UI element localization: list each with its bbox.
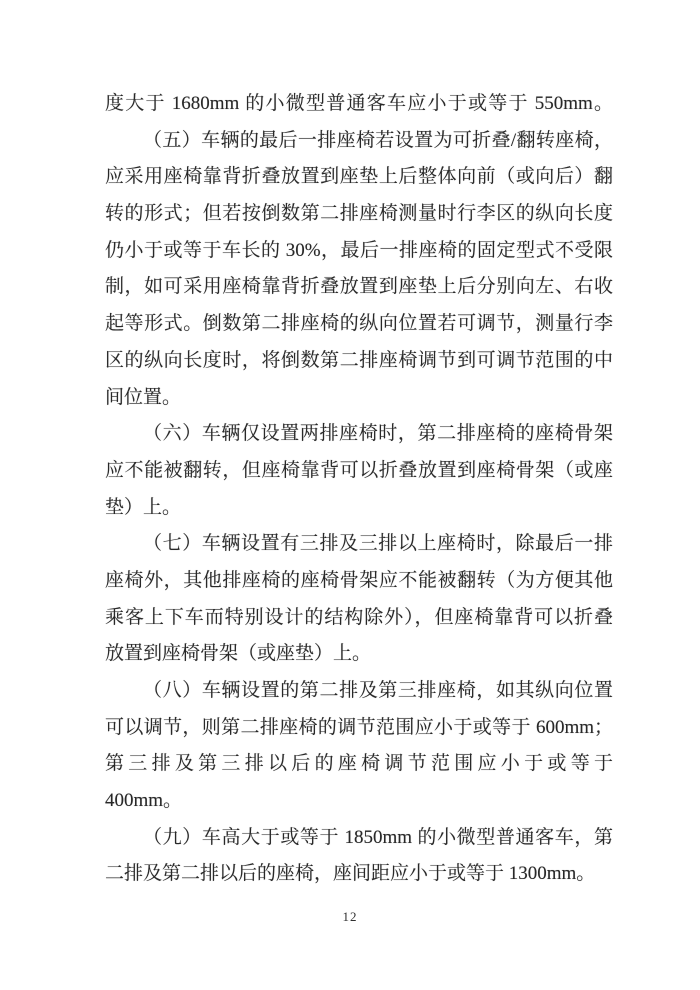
text-line: 乘客上下车而特别设计的结构除外），但座椅靠背可以折叠 [105,600,613,637]
text-line: 应不能被翻转，但座椅靠背可以折叠放置到座椅骨架（或座 [105,453,613,490]
text-line-section-8-start: （八）车辆设置的第二排及第三排座椅，如其纵向位置 [105,673,613,710]
document-body-text: 度大于 1680mm 的小微型普通客车应小于或等于 550mm。 （五）车辆的最… [105,86,613,893]
page-number: 12 [0,909,700,925]
text-line: 二排及第二排以后的座椅，座间距应小于或等于 1300mm。 [105,856,613,893]
text-line-section-5-start: （五）车辆的最后一排座椅若设置为可折叠/翻转座椅， [105,123,613,160]
text-line: 400mm。 [105,783,613,820]
text-line: 放置到座椅骨架（或座垫）上。 [105,636,613,673]
text-line: 座椅外，其他排座椅的座椅骨架应不能被翻转（为方便其他 [105,563,613,600]
text-line-section-6-start: （六）车辆仅设置两排座椅时，第二排座椅的座椅骨架 [105,416,613,453]
text-line: 转的形式；但若按倒数第二排座椅测量时行李区的纵向长度 [105,196,613,233]
text-line: 可以调节，则第二排座椅的调节范围应小于或等于 600mm； [105,710,613,747]
text-line: 应采用座椅靠背折叠放置到座垫上后整体向前（或向后）翻 [105,159,613,196]
text-line-section-7-start: （七）车辆设置有三排及三排以上座椅时，除最后一排 [105,526,613,563]
text-line: 制，如可采用座椅靠背折叠放置到座垫上后分别向左、右收 [105,269,613,306]
text-line-section-9-start: （九）车高大于或等于 1850mm 的小微型普通客车，第 [105,820,613,857]
text-line: 第三排及第三排以后的座椅调节范围应小于或等于 [105,746,613,783]
text-line: 区的纵向长度时，将倒数第二排座椅调节到可调节范围的中 [105,343,613,380]
text-line: 垫）上。 [105,490,613,527]
document-page: 度大于 1680mm 的小微型普通客车应小于或等于 550mm。 （五）车辆的最… [0,0,700,990]
text-line: 度大于 1680mm 的小微型普通客车应小于或等于 550mm。 [105,86,613,123]
text-line: 起等形式。倒数第二排座椅的纵向位置若可调节，测量行李 [105,306,613,343]
text-line: 间位置。 [105,380,613,417]
text-line: 仍小于或等于车长的 30%，最后一排座椅的固定型式不受限 [105,233,613,270]
